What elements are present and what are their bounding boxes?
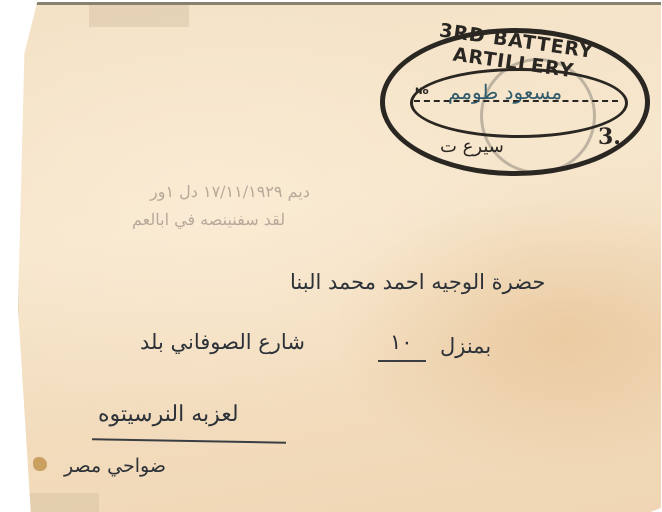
address-line1: حضرة الوجيه احمد محمد البنا [290, 270, 545, 294]
pencil-note-line2: لقد سفنينصه في ابالعم [132, 210, 285, 229]
stamp-number-mark: 3. [598, 124, 621, 150]
flap-patch [89, 5, 189, 27]
stamp-handwriting: مسعود طومم [448, 80, 562, 104]
address-line2-prefix: بمنزل [440, 334, 491, 358]
stamp-bottom-text: سيرع ت [440, 136, 504, 157]
corner-patch [29, 493, 99, 512]
address-line2-number: ١٠ [390, 330, 413, 354]
stain [33, 457, 47, 471]
stamp-number-label: No [415, 86, 429, 98]
address-line3: لعزبه النرسيتوه [98, 402, 239, 427]
battery-stamp: 3RD BATTERY ARTILLERY No مسعود طومم سيرع… [380, 28, 650, 176]
pencil-note-line1: ديم ١٧/١١/١٩٢٩ دل ١ور [150, 182, 310, 201]
number-underline [378, 360, 426, 362]
address-line2-street: شارع الصوفاني بلد [140, 330, 305, 354]
address-line4: ضواحي مصر [64, 455, 166, 477]
